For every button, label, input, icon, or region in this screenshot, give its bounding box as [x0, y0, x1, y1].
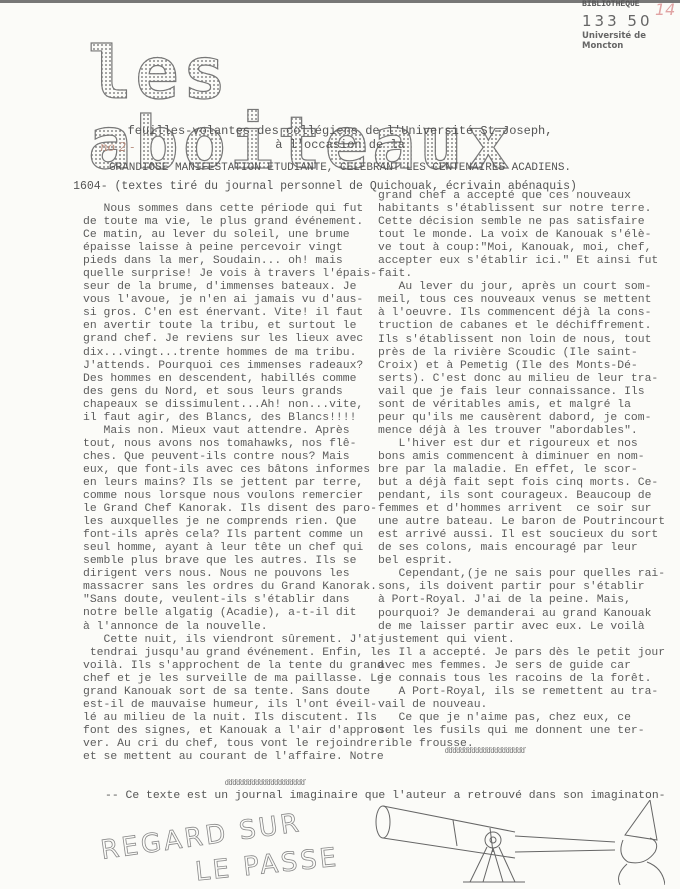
- text-line: à l'annonce de la nouvelle.: [83, 621, 373, 634]
- text-line: chef et je les surveille de ma paillasse…: [83, 673, 373, 686]
- text-line: et se mettent au courant de l'affaire. N…: [83, 751, 373, 764]
- handwritten-issue-note: no 2 -: [100, 140, 134, 154]
- text-line: meil, tous ces nouveaux venus se mettent: [378, 294, 678, 307]
- text-line: de me laisser partir avec eux. Le voilà: [378, 621, 678, 634]
- text-line: A Port-Royal, ils se remettent au tra-: [378, 686, 678, 699]
- text-line: dirigent vers nous. Nous ne pouvons les: [83, 568, 373, 581]
- text-line: avec mes femmes. Je sers de guide car: [378, 660, 678, 673]
- text-line: J'attends. Pourquoi ces immenses radeaux…: [83, 360, 373, 373]
- text-line: je connais tous les racoins de la forêt.: [378, 673, 678, 686]
- text-line: épaisse laisse à peine percevoir vingt: [83, 242, 373, 255]
- text-line: vail de nouveau.: [378, 699, 678, 712]
- text-line: peur qu'ils me causèrent dabord, je com-: [378, 412, 678, 425]
- text-line: il faut agir, des Blancs, des Blancs!!!!: [83, 412, 373, 425]
- text-line: tendrai jusqu'au grand événement. Enfin,…: [83, 647, 373, 660]
- text-line: bel esprit.: [378, 555, 678, 568]
- separator-left: ďďďďďďďďďďďďďďďďďďďďď: [225, 779, 305, 788]
- text-line: serts). C'est donc au milieu de leur tra…: [378, 373, 678, 386]
- text-line: tout, nous avons nos tomahawks, nos flê-: [83, 438, 373, 451]
- text-line: font-ils après cela? Ils partent comme u…: [83, 529, 373, 542]
- text-line: femmes et d'hommes arrivent ce soir sur: [378, 503, 678, 516]
- handwritten-page-mark: 14: [655, 0, 675, 19]
- text-line: habitants s'établissent sur notre terre.: [378, 203, 678, 216]
- text-line: bre par la maladie. En effet, le scor-: [378, 464, 678, 477]
- text-line: mence déjà à les trouver "abordables".: [378, 425, 678, 438]
- text-line: font des signes, et Kanouak a l'air d'ap…: [83, 725, 373, 738]
- text-line: lé au milieu de la nuit. Ils discutent. …: [83, 712, 373, 725]
- text-line: Croix) et à Pemetig (Ile des Monts-Dé-: [378, 360, 678, 373]
- text-line: grand chef a accepté que ces nouveaux: [378, 190, 678, 203]
- text-line: des gens du Nord, et sous leurs grands: [83, 386, 373, 399]
- text-line: Nous sommes dans cette période qui fut: [83, 203, 373, 216]
- text-line: une autre bateau. Le baron de Poutrincou…: [378, 516, 678, 529]
- text-line: le Grand Chef Kanorak. Ils disent des pa…: [83, 503, 373, 516]
- text-line: pourquoi? Je demanderai au grand Kanouak: [378, 608, 678, 621]
- text-line: vous l'avoue, je n'en ai jamais vu d'aus…: [83, 294, 373, 307]
- text-line: grand Kanouak sort de sa tente. Sans dou…: [83, 686, 373, 699]
- text-line: est arrivé aussi. Il est soucieux du sor…: [378, 529, 678, 542]
- text-line: L'hiver est dur et rigoureux et nos: [378, 438, 678, 451]
- subtitle-line-1: feuilles-volantes des collégiens de l'Un…: [0, 124, 680, 138]
- text-line: pieds dans la mer, Soudain... oh! mais: [83, 255, 373, 268]
- text-line: ver. Au cri du chef, tous vont le rejoin…: [83, 738, 373, 751]
- text-line: à Port-Royal. J'ai de la peine. Mais,: [378, 594, 678, 607]
- text-line: justement qui vient.: [378, 634, 678, 647]
- column-left: Nous sommes dans cette période qui futde…: [83, 203, 373, 764]
- text-line: de toute ma vie, le plus grand événement…: [83, 216, 373, 229]
- text-line: rible frousse.: [378, 738, 678, 751]
- text-line: comme nous lorsque nous voulons remercie…: [83, 490, 373, 503]
- text-line: semble plus brave que les autres. Ils se: [83, 555, 373, 568]
- text-line: Ils s'établissent non loin de nous, tout: [378, 334, 678, 347]
- text-line: Cependant,(je ne sais pour quelles rai-: [378, 568, 678, 581]
- text-line: près de la rivière Scoudic (Ile saint-: [378, 347, 678, 360]
- text-line: Mais non. Mieux vaut attendre. Après: [83, 425, 373, 438]
- text-line: but a déjà fait sept fois cinq morts. Ce…: [378, 477, 678, 490]
- text-line: sons, ils doivent partir pour s'établir: [378, 581, 678, 594]
- text-line: massacrer sans les ordres du Grand Kanor…: [83, 581, 373, 594]
- text-line: quelle surprise! Je vois à travers l'épa…: [83, 268, 373, 281]
- text-line: pendant, ils sont courageux. Beaucoup de: [378, 490, 678, 503]
- text-line: si gros. C'en est énervant. Vite! il fau…: [83, 307, 373, 320]
- text-line: sont les fusils qui me donnent une ter-: [378, 725, 678, 738]
- text-line: bons amis commencent à diminuer en nom-: [378, 451, 678, 464]
- text-line: Des hommes en descendent, habillés comme: [83, 373, 373, 386]
- text-line: ve tout à coup:"Moi, Kanouak, moi, chef,: [378, 242, 678, 255]
- text-line: Ce matin, au lever du soleil, une brume: [83, 229, 373, 242]
- text-line: seur de la brume, d'immenses bateaux. Je: [83, 281, 373, 294]
- text-line: Il a accepté. Je pars dès le petit jour: [378, 647, 678, 660]
- separator-right: ďďďďďďďďďďďďďďďďďďďďď: [445, 747, 525, 756]
- text-line: Ce que je n'aime pas, chez eux, ce: [378, 712, 678, 725]
- masthead-title: les aboiteaux: [88, 38, 608, 108]
- text-line: "Sans doute, veulent-ils s'établir dans: [83, 594, 373, 607]
- text-line: de ses colons, mais encouragé par leur: [378, 542, 678, 555]
- text-line: eux, que font-ils avec ces bâtons inform…: [83, 464, 373, 477]
- text-line: grand chef. Je reviens sur les lieux ave…: [83, 333, 373, 346]
- text-line: est-il de mauvaise humeur, ils l'ont éve…: [83, 699, 373, 712]
- text-line: chapeaux se dissimulent...Ah! non...vite…: [83, 399, 373, 412]
- text-line: sont de véritables amis, et malgré la: [378, 399, 678, 412]
- text-line: ches. Que peuvent-ils contre nous? Mais: [83, 451, 373, 464]
- text-line: seul homme, ayant à leur tête un chef qu…: [83, 542, 373, 555]
- text-line: Au lever du jour, après un court som-: [378, 281, 678, 294]
- text-line: dix...vingt...trente hommes de ma tribu.: [83, 347, 373, 360]
- text-line: truction de cabanes et le déchiffrement.: [378, 320, 678, 333]
- text-line: Cette nuit, ils viendront sûrement. J'at…: [83, 634, 373, 647]
- column-right: grand chef a accepté que ces nouveauxhab…: [378, 190, 678, 751]
- scan-top-edge: [0, 0, 680, 3]
- text-line: les auxquelles je ne comprends rien. Que: [83, 516, 373, 529]
- text-line: Cette décision semble ne pas satisfaire: [378, 216, 678, 229]
- text-line: vail que je fais leur connaissance. Ils: [378, 386, 678, 399]
- text-line: fait.: [378, 268, 678, 281]
- text-line: notre belle algatig (Acadie), a-t-il dit: [83, 607, 373, 620]
- event-heading: GRANDIOSE MANIFESTATION ETUDIANTE, CELEB…: [0, 162, 680, 174]
- text-line: à l'oeuvre. Ils commencent déjà la cons-: [378, 307, 678, 320]
- text-line: en avertir toute la tribu, et surtout le: [83, 320, 373, 333]
- text-line: voilà. Ils s'approchent de la tente du g…: [83, 660, 373, 673]
- text-line: en leurs mains? Ils se jettent par terre…: [83, 477, 373, 490]
- telescope-illustration: [345, 800, 665, 885]
- text-line: tout le monde. La voix de Kanouak s'élè-: [378, 229, 678, 242]
- text-line: accepter eux s'établir ici." Et ainsi fu…: [378, 255, 678, 268]
